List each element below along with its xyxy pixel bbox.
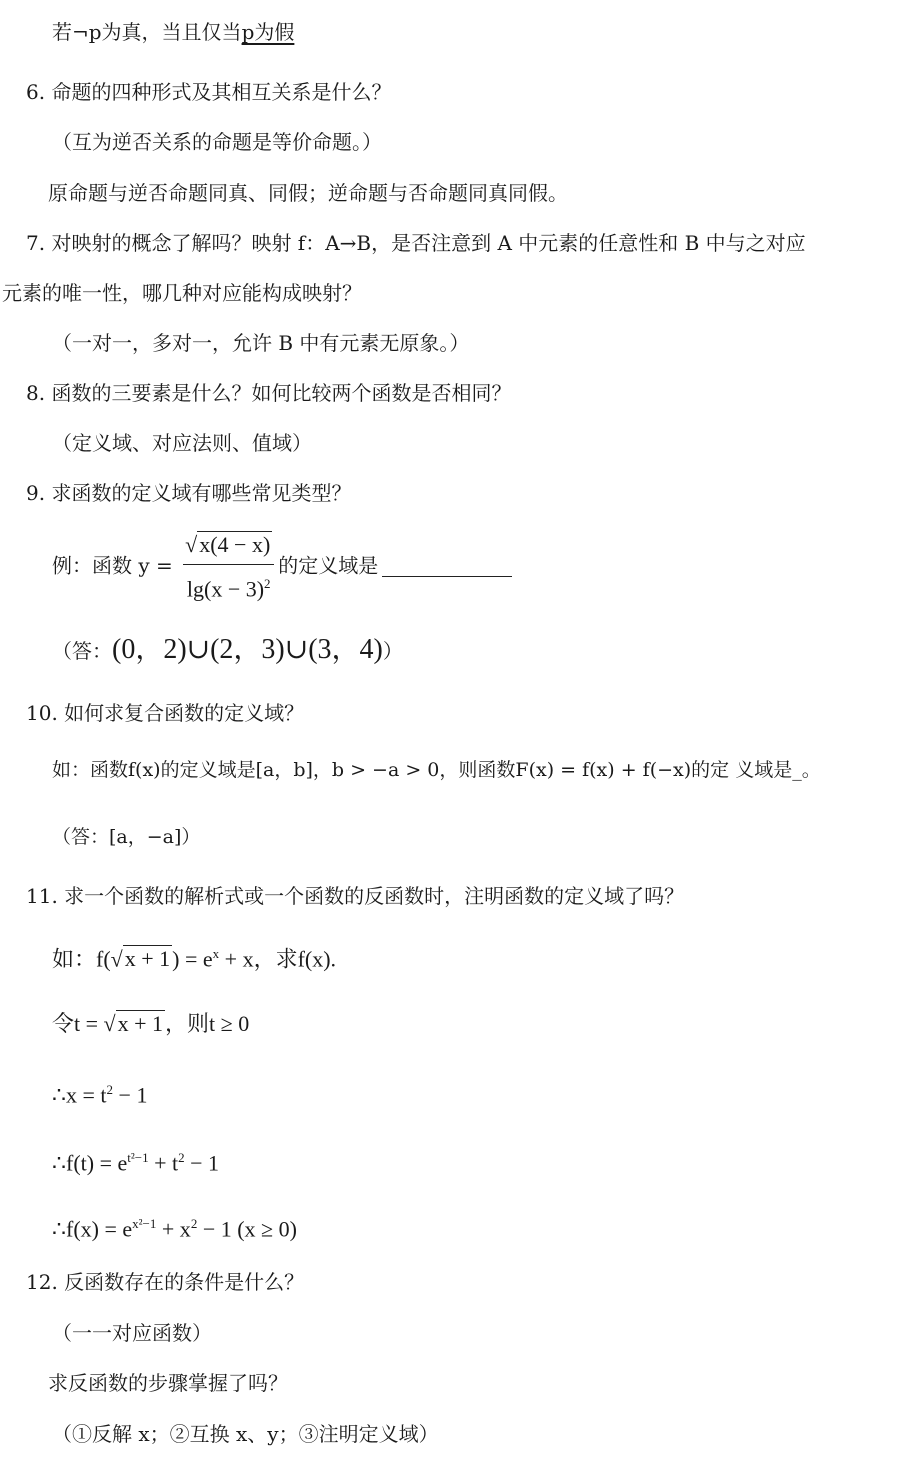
denominator-text: lg(x − 3) bbox=[187, 576, 264, 601]
example-11-suffix: + x，求f(x). bbox=[219, 946, 336, 971]
answer-6-note: （互为逆否关系的命题是等价命题。） bbox=[52, 128, 382, 156]
question-8: 8. 函数的三要素是什么？如何比较两个函数是否相同？ bbox=[26, 379, 511, 407]
answer-12-steps: （①反解 x；②互换 x、y；③注明定义域） bbox=[52, 1420, 439, 1448]
fraction-numerator: √x(4 − x) bbox=[183, 528, 274, 565]
f-of-t-suffix: − 1 bbox=[185, 1150, 219, 1175]
step-f-of-t: ∴f(t) = et²−1 + t2 − 1 bbox=[52, 1144, 219, 1177]
answer-10: （答：[a，−a]） bbox=[52, 823, 200, 851]
answer-9-prefix: （答： bbox=[52, 639, 112, 663]
negation-statement: 若¬p为真，当且仅当p为假 bbox=[52, 18, 294, 46]
example-9-suffix: 的定义域是 bbox=[278, 554, 378, 578]
domain-fraction: √x(4 − x) lg(x − 3)2 bbox=[183, 528, 274, 606]
example-11-radicand: x + 1 bbox=[123, 945, 172, 971]
fraction-denominator: lg(x − 3)2 bbox=[187, 565, 271, 606]
substitution-prefix: 令t = bbox=[52, 1011, 104, 1036]
example-11-prefix: 如：f( bbox=[52, 946, 111, 971]
f-of-x-mid: + x bbox=[156, 1216, 190, 1241]
question-12: 12. 反函数存在的条件是什么？ bbox=[26, 1268, 304, 1296]
f-of-t-mid: + t bbox=[149, 1150, 179, 1175]
question-10: 10. 如何求复合函数的定义域？ bbox=[26, 699, 304, 727]
f-of-x-suffix: − 1 (x ≥ 0) bbox=[197, 1216, 297, 1241]
answer-7: （一对一，多对一，允许 B 中有元素无原象。） bbox=[52, 329, 469, 357]
f-of-t-exponent: t²−1 bbox=[127, 1150, 148, 1165]
solve-x-suffix: − 1 bbox=[113, 1082, 147, 1107]
question-7-line1: 7. 对映射的概念了解吗？映射 f：A→B，是否注意到 A 中元素的任意性和 B… bbox=[26, 229, 806, 257]
question-11: 11. 求一个函数的解析式或一个函数的反函数时，注明函数的定义域了吗？ bbox=[26, 882, 684, 910]
f-of-t-prefix: ∴f(t) = e bbox=[52, 1150, 127, 1175]
denominator-exponent: 2 bbox=[264, 576, 271, 591]
answer-12: （一一对应函数） bbox=[52, 1319, 212, 1347]
example-9: 例：函数 y = √x(4 − x) lg(x − 3)2 的定义域是 bbox=[52, 528, 512, 606]
question-7-line2: 元素的唯一性，哪几种对应能构成映射？ bbox=[2, 279, 362, 307]
f-of-x-exponent: x²−1 bbox=[132, 1216, 156, 1231]
answer-6-detail: 原命题与逆否命题同真、同假；逆命题与否命题同真同假。 bbox=[48, 179, 568, 207]
answer-9: （答：(0，2)∪(2，3)∪(3，4)） bbox=[52, 636, 403, 665]
example-9-prefix: 例：函数 y = bbox=[52, 554, 173, 578]
underlined-condition: p为假 bbox=[242, 20, 295, 44]
negation-text: 若¬p为真，当且仅当 bbox=[52, 20, 242, 44]
step-f-of-x: ∴f(x) = ex²−1 + x2 − 1 (x ≥ 0) bbox=[52, 1210, 297, 1243]
question-6: 6. 命题的四种形式及其相互关系是什么？ bbox=[26, 78, 391, 106]
answer-9-suffix: ） bbox=[383, 639, 403, 663]
step-solve-x: ∴x = t2 − 1 bbox=[52, 1076, 147, 1109]
example-11: 如：f(√x + 1) = ex + x，求f(x). bbox=[52, 937, 336, 976]
answer-blank bbox=[382, 576, 512, 577]
substitution-radicand: x + 1 bbox=[116, 1010, 165, 1036]
answer-9-intervals: (0，2)∪(2，3)∪(3，4) bbox=[112, 634, 383, 665]
question-12-steps: 求反函数的步骤掌握了吗？ bbox=[48, 1369, 288, 1397]
solve-x-prefix: ∴x = t bbox=[52, 1082, 107, 1107]
step-substitution: 令t = √x + 1，则t ≥ 0 bbox=[52, 1010, 249, 1038]
substitution-suffix: ，则t ≥ 0 bbox=[165, 1011, 249, 1036]
example-11-mid: ) = e bbox=[172, 946, 213, 971]
f-of-x-prefix: ∴f(x) = e bbox=[52, 1216, 132, 1241]
answer-8: （定义域、对应法则、值域） bbox=[52, 429, 312, 457]
numerator-radicand: x(4 − x) bbox=[197, 531, 272, 557]
example-10: 如：函数f(x)的定义域是[a，b]，b > −a > 0，则函数F(x) = … bbox=[52, 756, 821, 784]
question-9: 9. 求函数的定义域有哪些常见类型？ bbox=[26, 479, 351, 507]
